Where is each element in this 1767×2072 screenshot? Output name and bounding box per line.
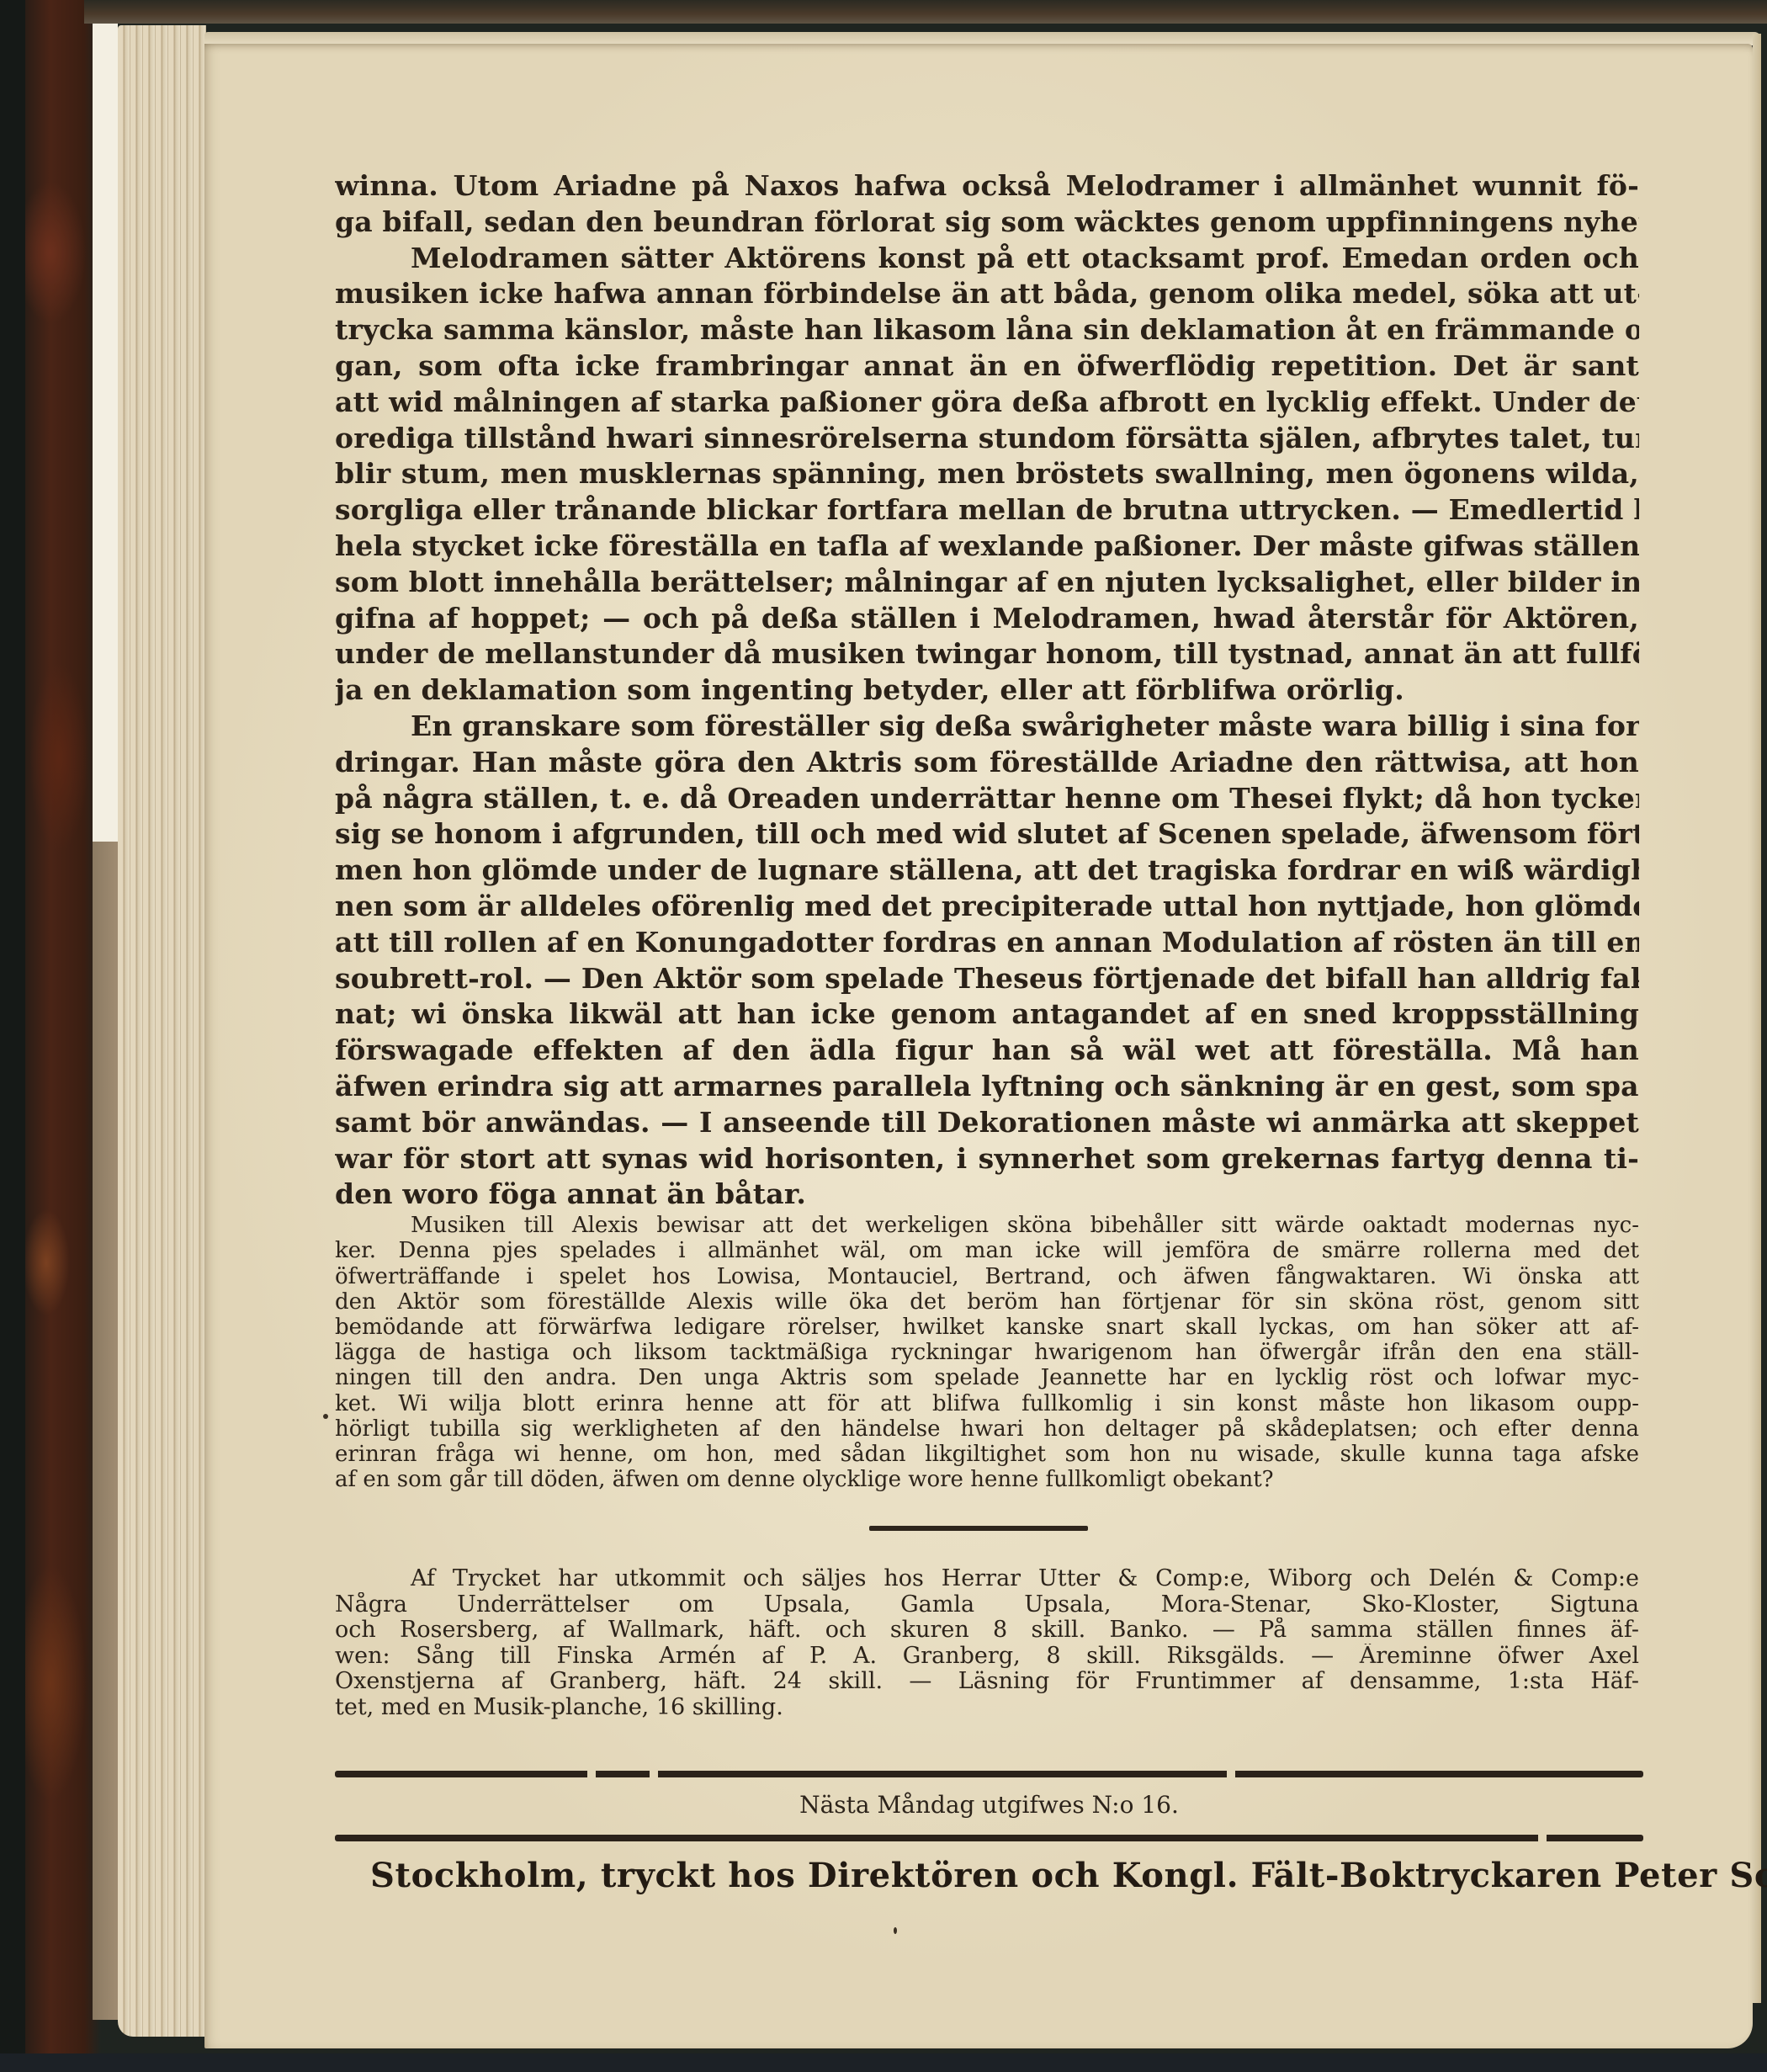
page-right-edge: [1753, 34, 1761, 2003]
book-spine-shadow: [0, 0, 25, 2072]
text-line: ja en deklamation som ingenting betyder,…: [335, 672, 1639, 709]
text-line: Melodramen sätter Aktörens konst på ett …: [335, 241, 1639, 277]
text-line: af en som går till döden, äfwen om denne…: [335, 1467, 1639, 1492]
text-line: hörligt tubilla sig werkligheten af den …: [335, 1416, 1639, 1442]
text-line: winna. Utom Ariadne på Naxos hafwa också…: [335, 168, 1639, 205]
text-line: trycka samma känslor, måste han likasom …: [335, 312, 1639, 348]
text-line: wen: Sång till Finska Armén af P. A. Gra…: [335, 1644, 1639, 1670]
text-line: bemödande att förwärfwa ledigare rörelse…: [335, 1315, 1639, 1340]
text-line: soubrett-rol. — Den Aktör som spelade Th…: [335, 961, 1639, 997]
paper-mark: [894, 1927, 897, 1934]
text-line: som blott innehålla berättelser; målning…: [335, 565, 1639, 601]
text-line: den Aktör som föreställde Alexis wille ö…: [335, 1289, 1639, 1315]
text-line: gifna af hoppet; — och på deßa ställen i…: [335, 601, 1639, 637]
text-line: oredigа tillstånd hwari sinnesrörelserna…: [335, 421, 1639, 457]
paragraph-1: winna. Utom Ariadne på Naxos hafwa också…: [335, 168, 1639, 241]
text-line: ket. Wi wilja blott erinra henne att för…: [335, 1391, 1639, 1416]
binding-top-edge: [84, 0, 1767, 24]
text-line: ningen till den andra. Den unga Aktris s…: [335, 1365, 1639, 1390]
text-line: och Rosersberg, af Wallmark, häft. och s…: [335, 1618, 1639, 1644]
text-line: ga bifall, sedan den beundran förlorat s…: [335, 205, 1639, 241]
text-line: ker. Denna pjes spelades i allmänhet wäl…: [335, 1238, 1639, 1263]
text-line: erinran fråga wi henne, om hon, med såda…: [335, 1442, 1639, 1467]
paragraph-2: Melodramen sätter Aktörens konst på ett …: [335, 241, 1639, 709]
text-line: En granskare som föreställer sig deßa sw…: [335, 709, 1639, 745]
binding-bottom-edge: [0, 2053, 1767, 2072]
small-print-review: Musiken till Alexis bewisar att det werk…: [335, 1213, 1639, 1492]
text-line: dringar. Han måste göra den Aktris som f…: [335, 745, 1639, 781]
advertisement-paragraph: Af Trycket har utkommit och säljes hos H…: [335, 1566, 1639, 1720]
paragraph-3: En granskare som föreställer sig deßa sw…: [335, 709, 1639, 1213]
page-text-block: winna. Utom Ariadne på Naxos hafwa också…: [335, 168, 1639, 1720]
text-line: blir stum, men musklernas spänning, men …: [335, 456, 1639, 492]
text-line: att wid målningen af starka paßioner gör…: [335, 385, 1639, 421]
advertisement-block: Af Trycket har utkommit och säljes hos H…: [335, 1566, 1639, 1720]
text-line: men hon glömde under de lugnare ställena…: [335, 853, 1639, 889]
next-issue-notice: Nästa Måndag utgifwes N:o 16.: [335, 1791, 1643, 1819]
text-line: war för stort att synas wid horisonten, …: [335, 1141, 1639, 1177]
text-line: nen som är alldeles oförenlig med det pr…: [335, 889, 1639, 925]
text-line: nat; wi önska likwäl att han icke genom …: [335, 996, 1639, 1033]
text-line: öfwerträffande i spelet hos Lowisa, Mont…: [335, 1264, 1639, 1289]
text-line: samt bör anwändas. — I anseende till Dek…: [335, 1105, 1639, 1141]
text-line: hela stycket icke föreställa en tafla af…: [335, 529, 1639, 565]
flyleaf-shadow: [93, 842, 118, 2020]
footer-rule-upper: [335, 1771, 1643, 1777]
text-line: Några Underrättelser om Upsala, Gamla Up…: [335, 1592, 1639, 1618]
section-divider-rule: [869, 1526, 1088, 1531]
text-line: gan, som ofta icke frambringar annat än …: [335, 348, 1639, 385]
text-line: sig se honom i afgrunden, till och med w…: [335, 816, 1639, 853]
page-stack-edges: [118, 25, 206, 2037]
text-line: lägga de hastiga och liksom tacktmäßiga …: [335, 1340, 1639, 1365]
text-line: att till rollen af en Konungadotter ford…: [335, 925, 1639, 961]
text-line: på några ställen, t. e. då Oreaden under…: [335, 781, 1639, 817]
text-line: förswagade effekten af den ädla figur ha…: [335, 1033, 1639, 1069]
ink-speck: [323, 1414, 328, 1419]
text-line: Af Trycket har utkommit och säljes hos H…: [335, 1566, 1639, 1592]
printer-imprint: Stockholm, tryckt hos Direktören och Kon…: [370, 1856, 1649, 1895]
text-line: under de mellanstunder då musiken twinga…: [335, 636, 1639, 672]
text-line: Musiken till Alexis bewisar att det werk…: [335, 1213, 1639, 1238]
main-body-text: winna. Utom Ariadne på Naxos hafwa också…: [335, 168, 1639, 1213]
text-line: sorgliga eller trånande blickar fortfara…: [335, 492, 1639, 529]
text-line: musiken icke hafwa annan förbindelse än …: [335, 276, 1639, 312]
paragraph-4: Musiken till Alexis bewisar att det werk…: [335, 1213, 1639, 1492]
footer-rule-lower: [335, 1835, 1643, 1841]
text-line: äfwen erindra sig att armarnes parallela…: [335, 1069, 1639, 1105]
text-line: tet, med en Musik-planche, 16 skilling.: [335, 1695, 1639, 1721]
text-line: den woro föga annat än båtar.: [335, 1177, 1639, 1213]
text-line: Oxenstjerna af Granberg, häft. 24 skill.…: [335, 1669, 1639, 1695]
